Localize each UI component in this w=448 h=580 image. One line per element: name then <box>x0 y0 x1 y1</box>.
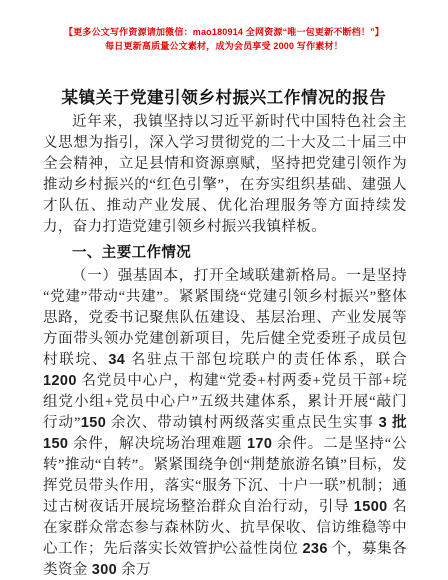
section-heading-main-work: 一、主要工作情况 <box>43 243 407 264</box>
document-body: 近年来，我镇坚持以习近平新时代中国特色社会主义思想为指引，深入学习贯彻党的二十大… <box>43 112 407 580</box>
paragraph-intro: 近年来，我镇坚持以习近平新时代中国特色社会主义思想为指引，深入学习贯彻党的二十大… <box>43 112 407 238</box>
document-page: 【更多公文写作资源请加微信：mao180914 全网资源“唯一包更新不断档！”】… <box>0 0 448 580</box>
document-title: 某镇关于党建引领乡村振兴工作情况的报告 <box>0 84 448 108</box>
promo-notice-line-1: 【更多公文写作资源请加微信：mao180914 全网资源“唯一包更新不断档！”】 <box>0 25 448 39</box>
promo-notice-line-2: 每日更新高质量公文素材，成为会员享受 2000 写作素材！ <box>0 39 448 53</box>
promo-notice: 【更多公文写作资源请加微信：mao180914 全网资源“唯一包更新不断档！”】… <box>0 25 448 53</box>
paragraph-work-details: （一）强基固本，打开全域联建新格局。一是坚持“党建”带动“共建”。紧紧围绕“党建… <box>43 266 407 580</box>
page-number: 1 <box>0 543 448 554</box>
